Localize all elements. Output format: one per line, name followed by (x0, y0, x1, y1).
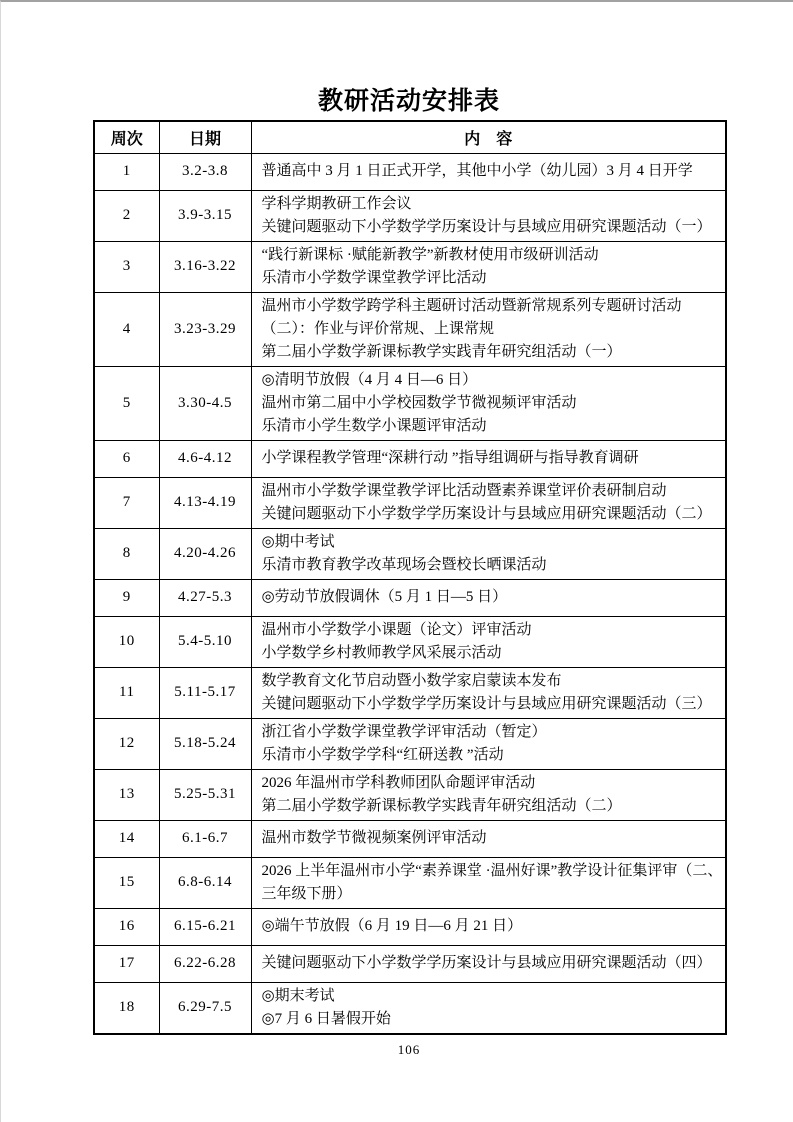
week-cell: 5 (94, 366, 159, 440)
content-line: ◎期末考试 (262, 985, 716, 1008)
date-cell: 5.25-5.31 (159, 769, 251, 820)
schedule-table: 周次 日期 内 容 13.2-3.8普通高中 3 月 1 日正式开学，其他中小学… (93, 120, 727, 1035)
date-cell: 6.8-6.14 (159, 857, 251, 908)
header-week: 周次 (94, 121, 159, 153)
content-line: 2026 年温州市学科教师团队命题评审活动 (262, 772, 716, 795)
content-cell: 温州市小学数学小课题（论文）评审活动小学数学乡村教师教学风采展示活动 (251, 616, 726, 667)
table-row: 186.29-7.5◎期末考试◎7 月 6 日暑假开始 (94, 982, 726, 1034)
week-cell: 2 (94, 190, 159, 241)
content-line: “践行新课标 ·赋能新教学”新教材使用市级研训活动 (262, 244, 716, 267)
content-line: 普通高中 3 月 1 日正式开学，其他中小学（幼儿园）3 月 4 日开学 (262, 160, 716, 183)
table-row: 23.9-3.15学科学期教研工作会议关键问题驱动下小学数学学历案设计与县域应用… (94, 190, 726, 241)
content-line: 关键问题驱动下小学数学学历案设计与县域应用研究课题活动（四） (262, 952, 716, 975)
content-line: 温州市数学节微视频案例评审活动 (262, 827, 716, 850)
content-cell: 关键问题驱动下小学数学学历案设计与县域应用研究课题活动（四） (251, 945, 726, 982)
document-page: 教研活动安排表 周次 日期 内 容 13.2-3.8普通高中 3 月 1 日正式… (0, 0, 793, 1122)
table-row: 94.27-5.3◎劳动节放假调休（5 月 1 日—5 日） (94, 579, 726, 616)
date-cell: 4.13-4.19 (159, 477, 251, 528)
week-cell: 17 (94, 945, 159, 982)
content-line: 2026 上半年温州市小学“素养课堂 ·温州好课”教学设计征集评审（二、 (262, 860, 716, 883)
content-cell: 小学课程教学管理“深耕行动 ”指导组调研与指导教育调研 (251, 440, 726, 477)
week-cell: 14 (94, 820, 159, 857)
content-line: 三年级下册） (262, 883, 716, 906)
date-cell: 6.1-6.7 (159, 820, 251, 857)
content-line: 乐清市小学数学学科“红研送教 ”活动 (262, 744, 716, 767)
page-number: 106 (93, 1042, 725, 1058)
date-cell: 5.18-5.24 (159, 718, 251, 769)
content-cell: 数学教育文化节启动暨小数学家启蒙读本发布关键问题驱动下小学数学学历案设计与县域应… (251, 667, 726, 718)
content-cell: ◎期末考试◎7 月 6 日暑假开始 (251, 982, 726, 1034)
content-line: ◎7 月 6 日暑假开始 (262, 1008, 716, 1031)
content-line: 第二届小学数学新课标教学实践青年研究组活动（一） (262, 341, 716, 364)
content-line: 数学教育文化节启动暨小数学家启蒙读本发布 (262, 670, 716, 693)
content-line: 温州市小学数学跨学科主题研讨活动暨新常规系列专题研讨活动 (262, 295, 716, 318)
table-row: 105.4-5.10温州市小学数学小课题（论文）评审活动小学数学乡村教师教学风采… (94, 616, 726, 667)
date-cell: 3.23-3.29 (159, 292, 251, 366)
content-line: ◎劳动节放假调休（5 月 1 日—5 日） (262, 586, 716, 609)
content-cell: 2026 上半年温州市小学“素养课堂 ·温州好课”教学设计征集评审（二、三年级下… (251, 857, 726, 908)
content-line: 关键问题驱动下小学数学学历案设计与县域应用研究课题活动（二） (262, 503, 716, 526)
content-cell: ◎劳动节放假调休（5 月 1 日—5 日） (251, 579, 726, 616)
date-cell: 3.2-3.8 (159, 153, 251, 190)
table-row: 74.13-4.19温州市小学数学课堂教学评比活动暨素养课堂评价表研制启动关键问… (94, 477, 726, 528)
week-cell: 4 (94, 292, 159, 366)
week-cell: 10 (94, 616, 159, 667)
table-row: 53.30-4.5◎清明节放假（4 月 4 日—6 日）温州市第二届中小学校园数… (94, 366, 726, 440)
content-line: 乐清市教育教学改革现场会暨校长晒课活动 (262, 554, 716, 577)
schedule-table-body: 13.2-3.8普通高中 3 月 1 日正式开学，其他中小学（幼儿园）3 月 4… (94, 153, 726, 1034)
table-row: 146.1-6.7温州市数学节微视频案例评审活动 (94, 820, 726, 857)
table-row: 43.23-3.29温州市小学数学跨学科主题研讨活动暨新常规系列专题研讨活动（二… (94, 292, 726, 366)
content-cell: ◎清明节放假（4 月 4 日—6 日）温州市第二届中小学校园数学节微视频评审活动… (251, 366, 726, 440)
table-row: 115.11-5.17数学教育文化节启动暨小数学家启蒙读本发布关键问题驱动下小学… (94, 667, 726, 718)
week-cell: 11 (94, 667, 159, 718)
content-line: 第二届小学数学新课标教学实践青年研究组活动（二） (262, 795, 716, 818)
date-cell: 6.22-6.28 (159, 945, 251, 982)
header-content: 内 容 (251, 121, 726, 153)
content-cell: 浙江省小学数学课堂教学评审活动（暂定）乐清市小学数学学科“红研送教 ”活动 (251, 718, 726, 769)
content-line: 小学课程教学管理“深耕行动 ”指导组调研与指导教育调研 (262, 447, 716, 470)
content-cell: 温州市小学数学课堂教学评比活动暨素养课堂评价表研制启动关键问题驱动下小学数学学历… (251, 477, 726, 528)
date-cell: 5.11-5.17 (159, 667, 251, 718)
week-cell: 16 (94, 908, 159, 945)
table-row: 176.22-6.28关键问题驱动下小学数学学历案设计与县域应用研究课题活动（四… (94, 945, 726, 982)
content-cell: 学科学期教研工作会议关键问题驱动下小学数学学历案设计与县域应用研究课题活动（一） (251, 190, 726, 241)
date-cell: 3.16-3.22 (159, 241, 251, 292)
content-line: ◎清明节放假（4 月 4 日—6 日） (262, 369, 716, 392)
content-cell: 普通高中 3 月 1 日正式开学，其他中小学（幼儿园）3 月 4 日开学 (251, 153, 726, 190)
week-cell: 12 (94, 718, 159, 769)
page-title: 教研活动安排表 (93, 81, 725, 117)
week-cell: 9 (94, 579, 159, 616)
content-cell: 温州市小学数学跨学科主题研讨活动暨新常规系列专题研讨活动（二）：作业与评价常规、… (251, 292, 726, 366)
content-cell: ◎期中考试乐清市教育教学改革现场会暨校长晒课活动 (251, 528, 726, 579)
header-date: 日期 (159, 121, 251, 153)
date-cell: 6.15-6.21 (159, 908, 251, 945)
date-cell: 4.27-5.3 (159, 579, 251, 616)
week-cell: 1 (94, 153, 159, 190)
week-cell: 15 (94, 857, 159, 908)
table-row: 13.2-3.8普通高中 3 月 1 日正式开学，其他中小学（幼儿园）3 月 4… (94, 153, 726, 190)
table-row: 135.25-5.312026 年温州市学科教师团队命题评审活动第二届小学数学新… (94, 769, 726, 820)
date-cell: 4.6-4.12 (159, 440, 251, 477)
table-row: 166.15-6.21◎端午节放假（6 月 19 日—6 月 21 日） (94, 908, 726, 945)
content-cell: 温州市数学节微视频案例评审活动 (251, 820, 726, 857)
content-line: 温州市小学数学课堂教学评比活动暨素养课堂评价表研制启动 (262, 480, 716, 503)
content-cell: 2026 年温州市学科教师团队命题评审活动第二届小学数学新课标教学实践青年研究组… (251, 769, 726, 820)
content-cell: ◎端午节放假（6 月 19 日—6 月 21 日） (251, 908, 726, 945)
date-cell: 3.30-4.5 (159, 366, 251, 440)
content-line: （二）：作业与评价常规、上课常规 (262, 318, 716, 341)
content-line: 关键问题驱动下小学数学学历案设计与县域应用研究课题活动（三） (262, 693, 716, 716)
date-cell: 6.29-7.5 (159, 982, 251, 1034)
date-cell: 4.20-4.26 (159, 528, 251, 579)
table-row: 64.6-4.12小学课程教学管理“深耕行动 ”指导组调研与指导教育调研 (94, 440, 726, 477)
table-row: 156.8-6.142026 上半年温州市小学“素养课堂 ·温州好课”教学设计征… (94, 857, 726, 908)
content-line: 学科学期教研工作会议 (262, 193, 716, 216)
content-line: 温州市小学数学小课题（论文）评审活动 (262, 619, 716, 642)
week-cell: 13 (94, 769, 159, 820)
content-line: 浙江省小学数学课堂教学评审活动（暂定） (262, 721, 716, 744)
content-line: 小学数学乡村教师教学风采展示活动 (262, 642, 716, 665)
table-row: 33.16-3.22“践行新课标 ·赋能新教学”新教材使用市级研训活动乐清市小学… (94, 241, 726, 292)
content-line: ◎端午节放假（6 月 19 日—6 月 21 日） (262, 915, 716, 938)
week-cell: 8 (94, 528, 159, 579)
content-line: 温州市第二届中小学校园数学节微视频评审活动 (262, 392, 716, 415)
content-line: 乐清市小学数学课堂教学评比活动 (262, 267, 716, 290)
content-line: 关键问题驱动下小学数学学历案设计与县域应用研究课题活动（一） (262, 216, 716, 239)
week-cell: 3 (94, 241, 159, 292)
table-row: 84.20-4.26◎期中考试乐清市教育教学改革现场会暨校长晒课活动 (94, 528, 726, 579)
content-line: 乐清市小学生数学小课题评审活动 (262, 415, 716, 438)
date-cell: 3.9-3.15 (159, 190, 251, 241)
table-row: 125.18-5.24浙江省小学数学课堂教学评审活动（暂定）乐清市小学数学学科“… (94, 718, 726, 769)
content-cell: “践行新课标 ·赋能新教学”新教材使用市级研训活动乐清市小学数学课堂教学评比活动 (251, 241, 726, 292)
content-line: ◎期中考试 (262, 531, 716, 554)
week-cell: 18 (94, 982, 159, 1034)
date-cell: 5.4-5.10 (159, 616, 251, 667)
week-cell: 7 (94, 477, 159, 528)
table-header-row: 周次 日期 内 容 (94, 121, 726, 153)
week-cell: 6 (94, 440, 159, 477)
